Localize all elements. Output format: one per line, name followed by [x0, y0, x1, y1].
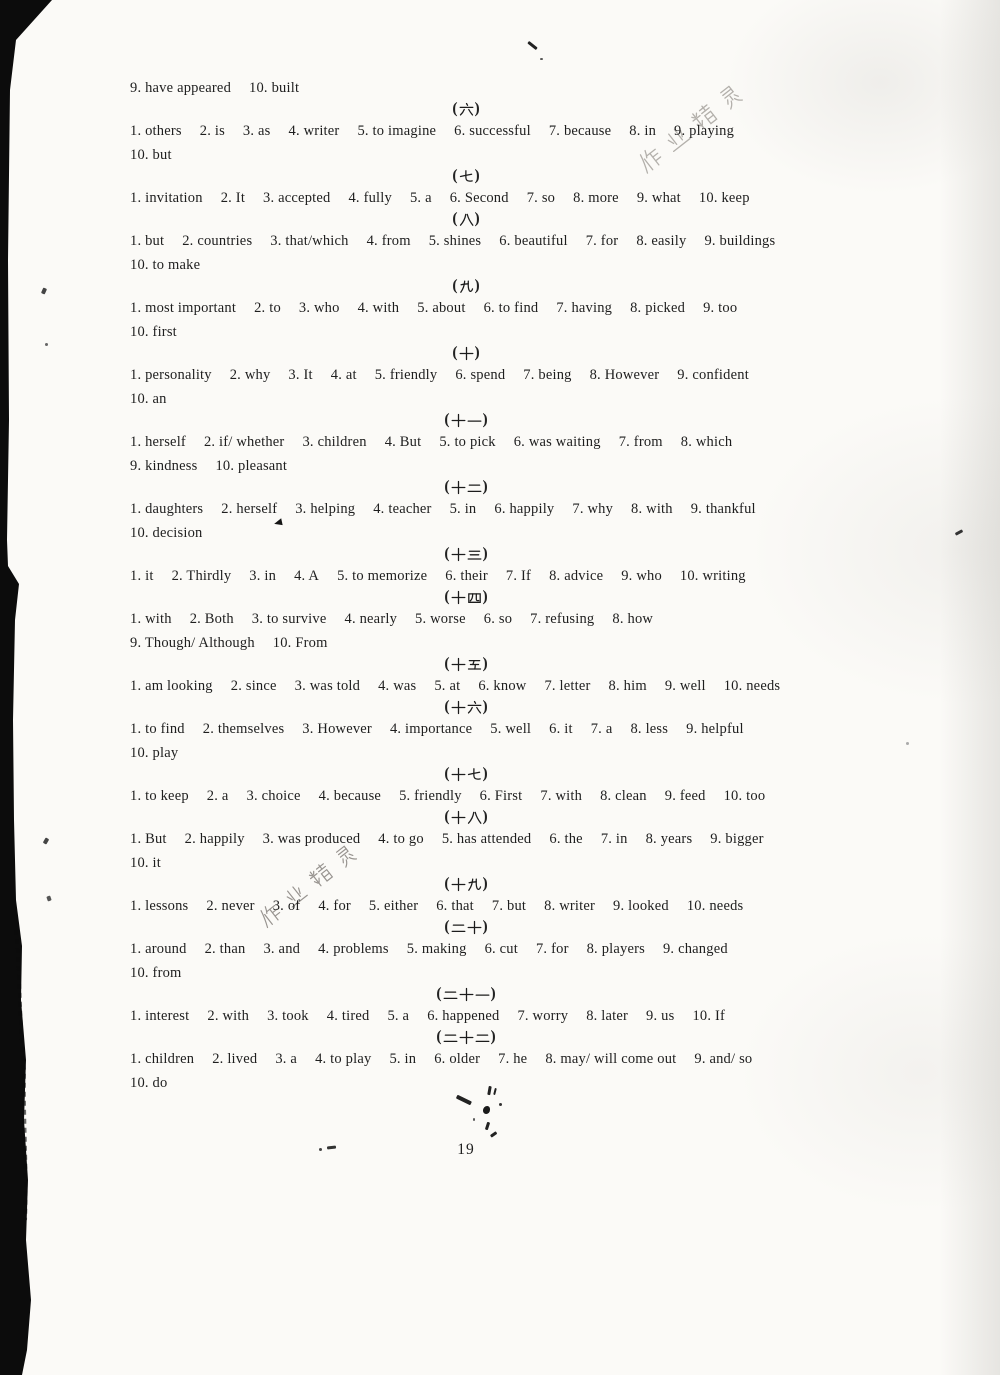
- answer-item: 10. an: [130, 387, 167, 411]
- answer-item: 10. If: [692, 1004, 725, 1028]
- answer-item: 9. feed: [665, 784, 706, 808]
- answer-line: 9. kindness10. pleasant: [130, 454, 802, 478]
- answer-item: 2. themselves: [203, 717, 285, 741]
- answer-item: 9. thankful: [691, 497, 756, 521]
- answer-item: 3. as: [243, 119, 271, 143]
- answer-section: ()1. most important2. to3. who4. with5. …: [130, 277, 802, 344]
- section-title: (): [130, 100, 802, 119]
- edge-mark: [955, 529, 963, 535]
- section-title: (): [130, 875, 802, 894]
- answer-item: 5. to memorize: [337, 564, 427, 588]
- answer-item: 1. personality: [130, 363, 212, 387]
- answer-line: 9. Though/ Although10. From: [130, 631, 802, 655]
- paren: ): [483, 546, 488, 562]
- answer-item: 3. of: [273, 894, 301, 918]
- section-title: (): [130, 167, 802, 186]
- answer-item: 8. in: [629, 119, 656, 143]
- answer-item: 9. changed: [663, 937, 728, 961]
- answer-line: 1. others2. is3. as4. writer5. to imagin…: [130, 119, 802, 143]
- answer-item: 8. later: [586, 1004, 628, 1028]
- answer-line: 10. do: [130, 1071, 802, 1095]
- page-number: 19: [130, 1141, 802, 1159]
- answer-item: 7. refusing: [530, 607, 594, 631]
- answer-item: 10. keep: [699, 186, 750, 210]
- answer-item: 3. a: [275, 1047, 297, 1071]
- answer-line: 10. an: [130, 387, 802, 411]
- answer-item: 10. too: [724, 784, 766, 808]
- section-title: (): [130, 588, 802, 607]
- answer-section: ()1. But2. happily3. was produced4. to g…: [130, 808, 802, 875]
- paren: (: [444, 699, 449, 715]
- paren: (: [444, 876, 449, 892]
- answer-section: ()1. but2. countries3. that/which4. from…: [130, 210, 802, 277]
- section-title: (): [130, 210, 802, 229]
- answer-line: 1. but2. countries3. that/which4. from5.…: [130, 229, 802, 253]
- answer-item: 8. less: [630, 717, 668, 741]
- paren: (: [444, 479, 449, 495]
- answer-line: 1. daughters2. herself3. helping4. teach…: [130, 497, 802, 521]
- paren: (: [452, 278, 457, 294]
- answer-item: 8. with: [631, 497, 673, 521]
- answer-item: 8. players: [587, 937, 645, 961]
- answer-item: 5. in: [389, 1047, 416, 1071]
- answer-line: 10. decision: [130, 521, 802, 545]
- answer-item: 8. advice: [549, 564, 603, 588]
- answer-item: 2. a: [207, 784, 229, 808]
- answer-line: 10. but: [130, 143, 802, 167]
- answer-item: 4. nearly: [345, 607, 398, 631]
- answer-item: 9. who: [621, 564, 662, 588]
- answer-item: 2. happily: [185, 827, 245, 851]
- section-title: (): [130, 411, 802, 430]
- answer-item: 2. herself: [221, 497, 277, 521]
- pen-dot: [319, 1148, 322, 1151]
- answer-item: 4. was: [378, 674, 416, 698]
- paren: (: [444, 412, 449, 428]
- answer-section: ()1. others2. is3. as4. writer5. to imag…: [130, 100, 802, 167]
- answer-item: 5. friendly: [375, 363, 438, 387]
- section-title: (): [130, 698, 802, 717]
- answer-item: 5. worse: [415, 607, 466, 631]
- answer-item: 9. looked: [613, 894, 669, 918]
- answer-item: 10. writing: [680, 564, 746, 588]
- book-spine-shadow: [0, 0, 70, 1375]
- answer-section: ()1. around2. than3. and4. problems5. ma…: [130, 918, 802, 985]
- answer-item: 8. more: [573, 186, 619, 210]
- answer-line: 1. to keep2. a3. choice4. because5. frie…: [130, 784, 802, 808]
- answer-item: 3. children: [302, 430, 366, 454]
- answer-item: 6. happily: [494, 497, 554, 521]
- answer-item: 3. was told: [295, 674, 360, 698]
- answer-item: 4. because: [319, 784, 381, 808]
- answer-item: 4. teacher: [373, 497, 431, 521]
- answer-item: 3. and: [263, 937, 300, 961]
- answer-item: 4. writer: [289, 119, 340, 143]
- answer-item: 10. but: [130, 143, 172, 167]
- paren: ): [483, 479, 488, 495]
- answer-item: 8. years: [646, 827, 693, 851]
- answers-content: 9. have appeared10. built ()1. others2. …: [130, 76, 802, 1159]
- answer-item: 10. decision: [130, 521, 202, 545]
- answer-item: 10. from: [130, 961, 182, 985]
- answer-item: 4. importance: [390, 717, 472, 741]
- answer-item: 6. so: [484, 607, 512, 631]
- paren: (: [452, 211, 457, 227]
- answer-item: 9. kindness: [130, 454, 197, 478]
- answer-item: 3. who: [299, 296, 340, 320]
- answer-item: 5. in: [450, 497, 477, 521]
- answer-line: 1. around2. than3. and4. problems5. maki…: [130, 937, 802, 961]
- answer-item: 10. From: [273, 631, 328, 655]
- answer-section: ()1. to keep2. a3. choice4. because5. fr…: [130, 765, 802, 808]
- answer-item: 2. countries: [182, 229, 252, 253]
- answer-section: ()1. herself2. if/ whether3. children4. …: [130, 411, 802, 478]
- answer-item: 9. helpful: [686, 717, 744, 741]
- answer-item: 1. lessons: [130, 894, 188, 918]
- answer-item: 7. worry: [517, 1004, 568, 1028]
- answer-item: 6. beautiful: [499, 229, 567, 253]
- answer-item: 10. pleasant: [215, 454, 287, 478]
- answer-item: 5. to imagine: [357, 119, 436, 143]
- answer-line: 1. to find2. themselves3. However4. impo…: [130, 717, 802, 741]
- answer-item: 3. choice: [247, 784, 301, 808]
- paren: (: [444, 809, 449, 825]
- answer-item: 5. a: [387, 1004, 409, 1028]
- paren: (: [452, 101, 457, 117]
- answer-item: 1. children: [130, 1047, 194, 1071]
- section-title: (): [130, 478, 802, 497]
- answer-item: 9. buildings: [704, 229, 775, 253]
- answer-item: 1. But: [130, 827, 167, 851]
- answer-item: 9. confident: [677, 363, 749, 387]
- answer-item: 1. to find: [130, 717, 185, 741]
- answer-item: 6. First: [480, 784, 523, 808]
- answer-section: ()1. with2. Both3. to survive4. nearly5.…: [130, 588, 802, 655]
- answer-item: 5. to pick: [439, 430, 495, 454]
- section-title: (): [130, 1028, 802, 1047]
- answer-item: 10. play: [130, 741, 178, 765]
- answer-item: 4. at: [331, 363, 357, 387]
- answer-line: 10. it: [130, 851, 802, 875]
- section-title: (): [130, 765, 802, 784]
- answer-item: 5. a: [410, 186, 432, 210]
- paren: ): [491, 986, 496, 1002]
- answer-item: 3. in: [249, 564, 276, 588]
- answer-item: 8. him: [609, 674, 647, 698]
- answer-item: 6. happened: [427, 1004, 499, 1028]
- answer-section: ()1. invitation2. It3. accepted4. fully5…: [130, 167, 802, 210]
- answer-item: 6. know: [478, 674, 526, 698]
- answer-item: 5. about: [417, 296, 465, 320]
- margin-dot: [45, 343, 48, 346]
- paren: ): [483, 656, 488, 672]
- answer-item: 4. A: [294, 564, 319, 588]
- answer-item: 1. herself: [130, 430, 186, 454]
- answer-section: ()1. personality2. why3. It4. at5. frien…: [130, 344, 802, 411]
- answer-item: 1. interest: [130, 1004, 189, 1028]
- answer-item: 1. to keep: [130, 784, 189, 808]
- answer-item: 1. daughters: [130, 497, 203, 521]
- section-title: (): [130, 985, 802, 1004]
- answer-item: 9. too: [703, 296, 737, 320]
- paren: (: [452, 345, 457, 361]
- section-title: (): [130, 344, 802, 363]
- section-title: (): [130, 545, 802, 564]
- answer-line: 10. from: [130, 961, 802, 985]
- answer-item: 7. being: [523, 363, 571, 387]
- ink-dot: [540, 58, 543, 60]
- answer-item: 8. writer: [544, 894, 595, 918]
- scanned-answer-page: 9. have appeared10. built ()1. others2. …: [0, 0, 1000, 1375]
- answer-line: 1. with2. Both3. to survive4. nearly5. w…: [130, 607, 802, 631]
- answer-line: 10. play: [130, 741, 802, 765]
- answer-item: 5. friendly: [399, 784, 462, 808]
- paren: ): [475, 345, 480, 361]
- answer-section: ()1. children2. lived3. a4. to play5. in…: [130, 1028, 802, 1095]
- answer-item: 8. However: [590, 363, 660, 387]
- answer-item: 5. well: [490, 717, 531, 741]
- answer-section: ()1. am looking2. since3. was told4. was…: [130, 655, 802, 698]
- paren: (: [444, 589, 449, 605]
- paren: ): [491, 1029, 496, 1045]
- paren: (: [444, 919, 449, 935]
- section-title: (): [130, 655, 802, 674]
- continuation-line: 9. have appeared10. built: [130, 76, 802, 100]
- answer-item: 8. picked: [630, 296, 685, 320]
- section-title: (): [130, 918, 802, 937]
- ink-tick: [527, 41, 538, 50]
- paren: (: [436, 986, 441, 1002]
- paren: (: [436, 1029, 441, 1045]
- answer-item: 10. needs: [687, 894, 744, 918]
- answer-item: 6. it: [549, 717, 573, 741]
- answer-line: 1. lessons2. never3. of4. for5. either6.…: [130, 894, 802, 918]
- section-title: (): [130, 277, 802, 296]
- answer-item: 7. so: [527, 186, 555, 210]
- answer-item: 10. first: [130, 320, 177, 344]
- answer-section: ()1. interest2. with3. took4. tired5. a6…: [130, 985, 802, 1028]
- answer-item: 6. successful: [454, 119, 531, 143]
- answer-item: 1. around: [130, 937, 187, 961]
- answer-item: 9. us: [646, 1004, 674, 1028]
- answer-item: 1. am looking: [130, 674, 213, 698]
- answer-item: 4. for: [318, 894, 351, 918]
- answer-line: 1. am looking2. since3. was told4. was5.…: [130, 674, 802, 698]
- answer-line: 1. it2. Thirdly3. in4. A5. to memorize6.…: [130, 564, 802, 588]
- paren: ): [483, 412, 488, 428]
- answer-item: 9. Though/ Although: [130, 631, 255, 655]
- answer-item: 7. he: [498, 1047, 527, 1071]
- paren: ): [483, 589, 488, 605]
- answer-item: 6. that: [436, 894, 474, 918]
- paren: ): [475, 211, 480, 227]
- answer-item: 6. the: [549, 827, 582, 851]
- paren: (: [444, 766, 449, 782]
- answer-item: 3. was produced: [263, 827, 361, 851]
- answer-item: 6. to find: [484, 296, 539, 320]
- answer-item: 6. Second: [450, 186, 509, 210]
- answer-item: 9. what: [637, 186, 681, 210]
- answer-item: 1. invitation: [130, 186, 203, 210]
- answer-item: 4. from: [367, 229, 411, 253]
- answer-item: 3. However: [302, 717, 372, 741]
- answer-item: 2. if/ whether: [204, 430, 285, 454]
- answer-line: 1. interest2. with3. took4. tired5. a6. …: [130, 1004, 802, 1028]
- answer-item: 2. to: [254, 296, 281, 320]
- paren: (: [444, 546, 449, 562]
- answer-item: 2. than: [205, 937, 246, 961]
- answer-item: 2. since: [231, 674, 277, 698]
- answer-item: 3. to survive: [252, 607, 327, 631]
- answer-item: 7. for: [586, 229, 619, 253]
- answer-line: 1. But2. happily3. was produced4. to go5…: [130, 827, 802, 851]
- answer-item: 1. most important: [130, 296, 236, 320]
- answer-item: 2. It: [221, 186, 245, 210]
- answer-item: 4. to play: [315, 1047, 371, 1071]
- answer-item: 7. why: [572, 497, 613, 521]
- answer-item: 9. well: [665, 674, 706, 698]
- answer-item: 1. others: [130, 119, 182, 143]
- answer-item: 4. But: [385, 430, 422, 454]
- sections-container: ()1. others2. is3. as4. writer5. to imag…: [130, 100, 802, 1095]
- answer-item: 8. easily: [636, 229, 686, 253]
- answer-line: 1. children2. lived3. a4. to play5. in6.…: [130, 1047, 802, 1071]
- answer-item: 6. was waiting: [514, 430, 601, 454]
- answer-item: 9. have appeared: [130, 76, 231, 100]
- answer-item: 4. tired: [327, 1004, 370, 1028]
- answer-item: 2. lived: [212, 1047, 257, 1071]
- answer-item: 4. to go: [378, 827, 424, 851]
- answer-item: 8. clean: [600, 784, 647, 808]
- answer-item: 4. fully: [348, 186, 392, 210]
- paren: ): [483, 919, 488, 935]
- faint-dot: [906, 742, 909, 745]
- answer-item: 10. built: [249, 76, 299, 100]
- answer-item: 1. but: [130, 229, 164, 253]
- answer-section: ()1. daughters2. herself3. helping4. tea…: [130, 478, 802, 545]
- answer-item: 7. a: [591, 717, 613, 741]
- paren: ): [483, 766, 488, 782]
- answer-line: 10. first: [130, 320, 802, 344]
- paren: ): [475, 278, 480, 294]
- answer-item: 5. shines: [429, 229, 482, 253]
- answer-item: 7. letter: [544, 674, 590, 698]
- answer-item: 9. playing: [674, 119, 734, 143]
- answer-item: 7. because: [549, 119, 611, 143]
- answer-item: 9. and/ so: [694, 1047, 752, 1071]
- answer-item: 5. has attended: [442, 827, 532, 851]
- answer-item: 3. that/which: [270, 229, 348, 253]
- answer-item: 10. to make: [130, 253, 200, 277]
- answer-item: 2. why: [230, 363, 271, 387]
- paren: (: [452, 168, 457, 184]
- answer-item: 4. problems: [318, 937, 389, 961]
- answer-item: 7. with: [540, 784, 582, 808]
- answer-item: 2. Both: [190, 607, 234, 631]
- paren: ): [475, 101, 480, 117]
- answer-item: 7. but: [492, 894, 526, 918]
- section-title: (): [130, 808, 802, 827]
- answer-line: 1. invitation2. It3. accepted4. fully5. …: [130, 186, 802, 210]
- answer-item: 7. for: [536, 937, 569, 961]
- answer-item: 3. helping: [295, 497, 355, 521]
- answer-item: 8. how: [612, 607, 653, 631]
- answer-item: 2. never: [206, 894, 254, 918]
- answer-item: 10. do: [130, 1071, 167, 1095]
- answer-item: 1. with: [130, 607, 172, 631]
- answer-item: 4. with: [358, 296, 400, 320]
- answer-line: 1. most important2. to3. who4. with5. ab…: [130, 296, 802, 320]
- answer-item: 5. at: [434, 674, 460, 698]
- answer-item: 9. bigger: [710, 827, 763, 851]
- answer-item: 6. their: [445, 564, 488, 588]
- answer-item: 3. took: [267, 1004, 309, 1028]
- answer-item: 7. in: [601, 827, 628, 851]
- answer-line: 1. herself2. if/ whether3. children4. Bu…: [130, 430, 802, 454]
- answer-item: 2. Thirdly: [172, 564, 232, 588]
- answer-item: 8. may/ will come out: [545, 1047, 676, 1071]
- answer-item: 8. which: [681, 430, 733, 454]
- answer-line: 10. to make: [130, 253, 802, 277]
- smudge-dot: [473, 1118, 475, 1121]
- answer-line: 1. personality2. why3. It4. at5. friendl…: [130, 363, 802, 387]
- answer-item: 7. from: [619, 430, 663, 454]
- paren: ): [483, 876, 488, 892]
- smudge-dot: [499, 1103, 502, 1106]
- answer-section: ()1. it2. Thirdly3. in4. A5. to memorize…: [130, 545, 802, 588]
- answer-item: 10. needs: [724, 674, 781, 698]
- answer-item: 6. older: [434, 1047, 480, 1071]
- answer-item: 5. making: [407, 937, 467, 961]
- answer-item: 3. It: [288, 363, 312, 387]
- paren: ): [483, 699, 488, 715]
- paren: ): [475, 168, 480, 184]
- answer-item: 7. If: [506, 564, 531, 588]
- paren: (: [444, 656, 449, 672]
- answer-item: 2. with: [207, 1004, 249, 1028]
- answer-item: 6. cut: [485, 937, 518, 961]
- answer-item: 3. accepted: [263, 186, 330, 210]
- answer-item: 2. is: [200, 119, 225, 143]
- answer-item: 5. either: [369, 894, 418, 918]
- answer-item: 10. it: [130, 851, 161, 875]
- answer-section: ()1. to find2. themselves3. However4. im…: [130, 698, 802, 765]
- answer-item: 7. having: [556, 296, 612, 320]
- answer-section: ()1. lessons2. never3. of4. for5. either…: [130, 875, 802, 918]
- answer-item: 6. spend: [455, 363, 505, 387]
- answer-item: 1. it: [130, 564, 154, 588]
- paren: ): [483, 809, 488, 825]
